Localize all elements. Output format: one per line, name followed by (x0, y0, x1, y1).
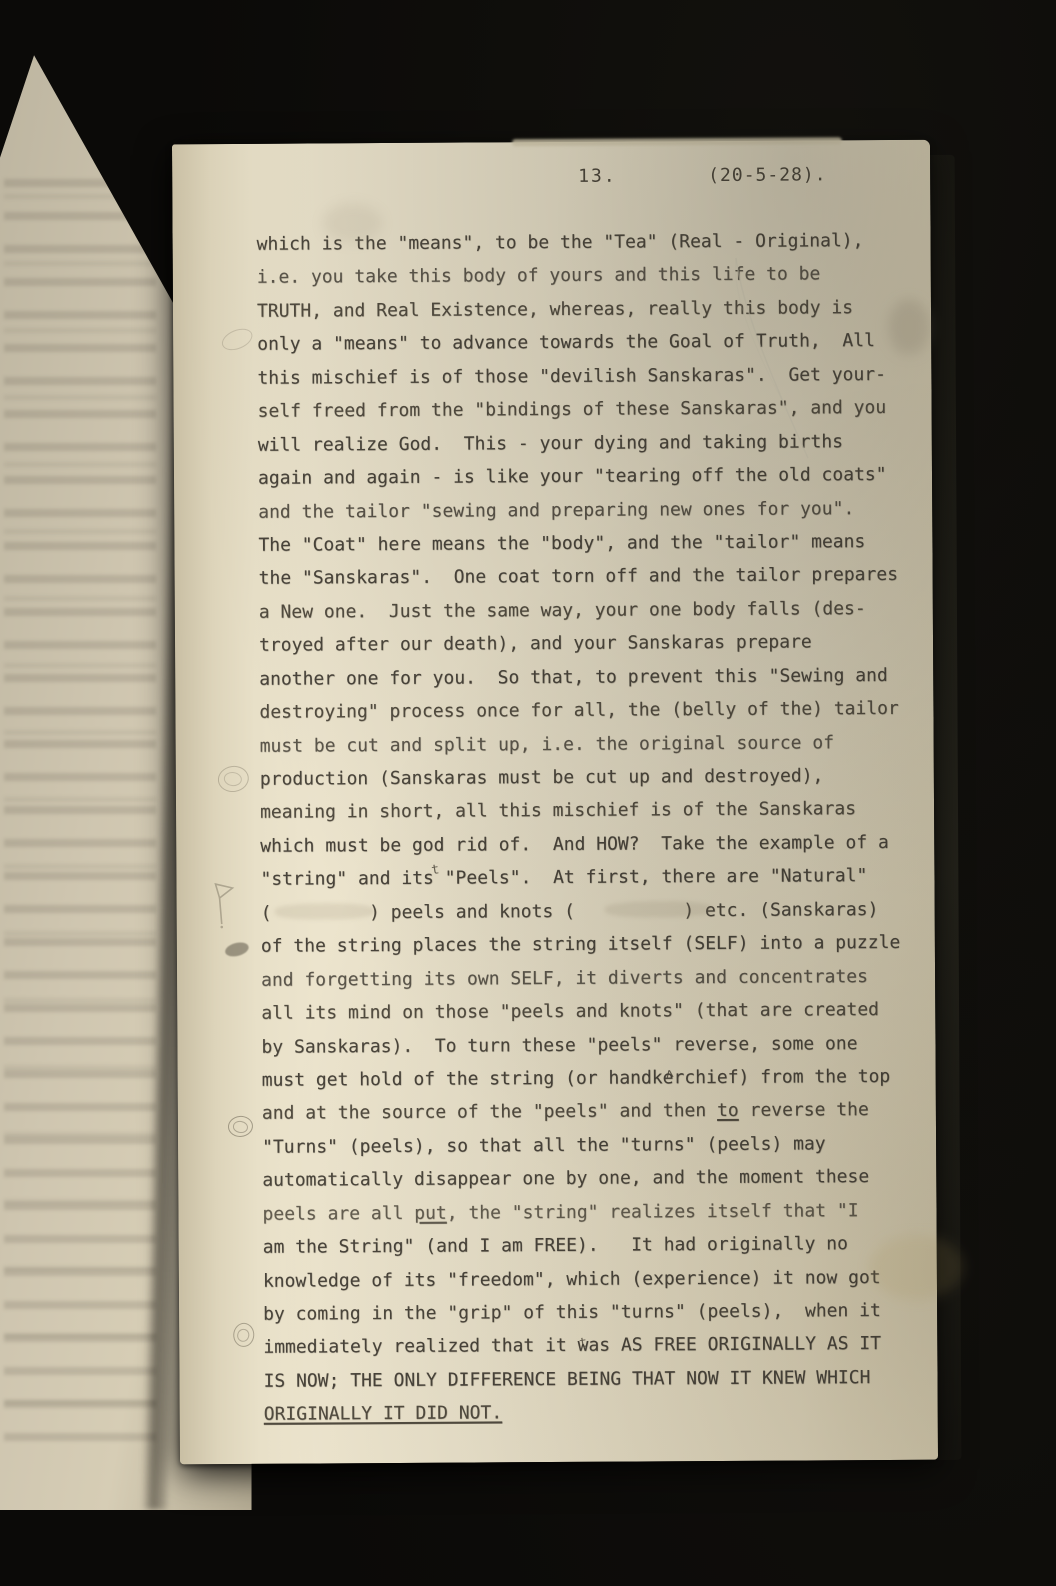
erased-text-smudge (275, 903, 375, 920)
text-line-23: and forgetting its own SELF, it diverts … (261, 959, 921, 996)
text-line-30: peels are all put, the "string" realizes… (262, 1193, 922, 1230)
paper-stain (322, 203, 382, 243)
frayed-top-edge (512, 137, 842, 146)
text-line-9: and the tailor "sewing and preparing new… (258, 491, 918, 528)
page-header: 13. (20-5-28). (172, 164, 930, 203)
manuscript-page: 13. (20-5-28). which is the "means", to … (172, 140, 938, 1465)
pencil-coil-scribble (233, 1322, 255, 1347)
text-line-29: automatically disappear one by one, and … (262, 1160, 922, 1197)
text-line-8: again and again - is like your "tearing … (258, 458, 918, 495)
text-line-7: will realize God. This - your dying and … (258, 424, 918, 461)
bleed-through-text (4, 168, 156, 1458)
text-line-16: must be cut and split up, i.e. the origi… (260, 725, 920, 762)
text-line-35: IS NOW; THE ONLY DIFFERENCE BEING THAT N… (263, 1361, 923, 1398)
pencil-flag-mark (212, 880, 236, 930)
pencil-dark-oval (224, 940, 250, 959)
paper-stain (888, 300, 930, 355)
page-number: 13. (578, 166, 617, 187)
text-line-26: must get hold of the string (or handkerc… (262, 1060, 922, 1097)
text-line-24: all its mind on those "peels and knots" … (261, 993, 921, 1030)
text-line-4: only a "means" to advance towards the Go… (257, 324, 917, 361)
photograph-of-open-book: 13. (20-5-28). which is the "means", to … (0, 0, 1056, 1586)
erased-text-smudge (605, 901, 713, 918)
text-line-14: another one for you. So that, to prevent… (259, 658, 919, 695)
text-line-2: i.e. you take this body of yours and thi… (257, 257, 917, 294)
text-line-36: ORIGINALLY IT DID NOT. (264, 1394, 924, 1431)
pencil-coil-scribble (216, 764, 250, 794)
text-line-11: the "Sanskaras". One coat torn off and t… (259, 558, 919, 595)
text-line-13: troyed after our death), and your Sanska… (259, 625, 919, 662)
text-line-25: by Sanskaras). To turn these "peels" rev… (261, 1026, 921, 1063)
text-line-27: and at the source of the "peels" and the… (262, 1093, 922, 1130)
text-line-6: self freed from the "bindings of these S… (258, 391, 918, 428)
text-line-33: by coming in the "grip" of this "turns" … (263, 1294, 923, 1331)
text-line-19: which must be god rid of. And HOW? Take … (260, 826, 920, 863)
text-line-17: production (Sanskaras must be cut up and… (260, 759, 920, 796)
text-line-18: meaning in short, all this mischief is o… (260, 792, 920, 829)
text-line-22: of the string places the string itself (… (261, 926, 921, 963)
text-line-5: this mischief is of those "devilish Sans… (257, 358, 917, 395)
text-line-10: The "Coat" here means the "body", and th… (258, 525, 918, 562)
text-line-15: destroying" process once for all, the (b… (259, 692, 919, 729)
text-block: which is the "means", to be the "Tea" (R… (256, 224, 923, 1432)
text-line-28: "Turns" (peels), so that all the "turns"… (262, 1127, 922, 1164)
page-date: (20-5-28). (708, 164, 827, 186)
text-line-32: knowledge of its "freedom", which (exper… (263, 1260, 923, 1297)
pencil-oval-scribble (219, 325, 256, 355)
text-line-34: immediately realized that it was AS FREE… (263, 1327, 923, 1364)
text-line-3: TRUTH, and Real Existence, whereas, real… (257, 291, 917, 328)
pencil-coil-scribble (227, 1115, 254, 1138)
text-line-12: a New one. Just the same way, your one b… (259, 592, 919, 629)
text-line-20: "string" and its "Peels". At first, ther… (260, 859, 920, 896)
paper-stain (869, 1235, 964, 1301)
text-line-31: am the String" (and I am FREE). It had o… (263, 1227, 923, 1264)
